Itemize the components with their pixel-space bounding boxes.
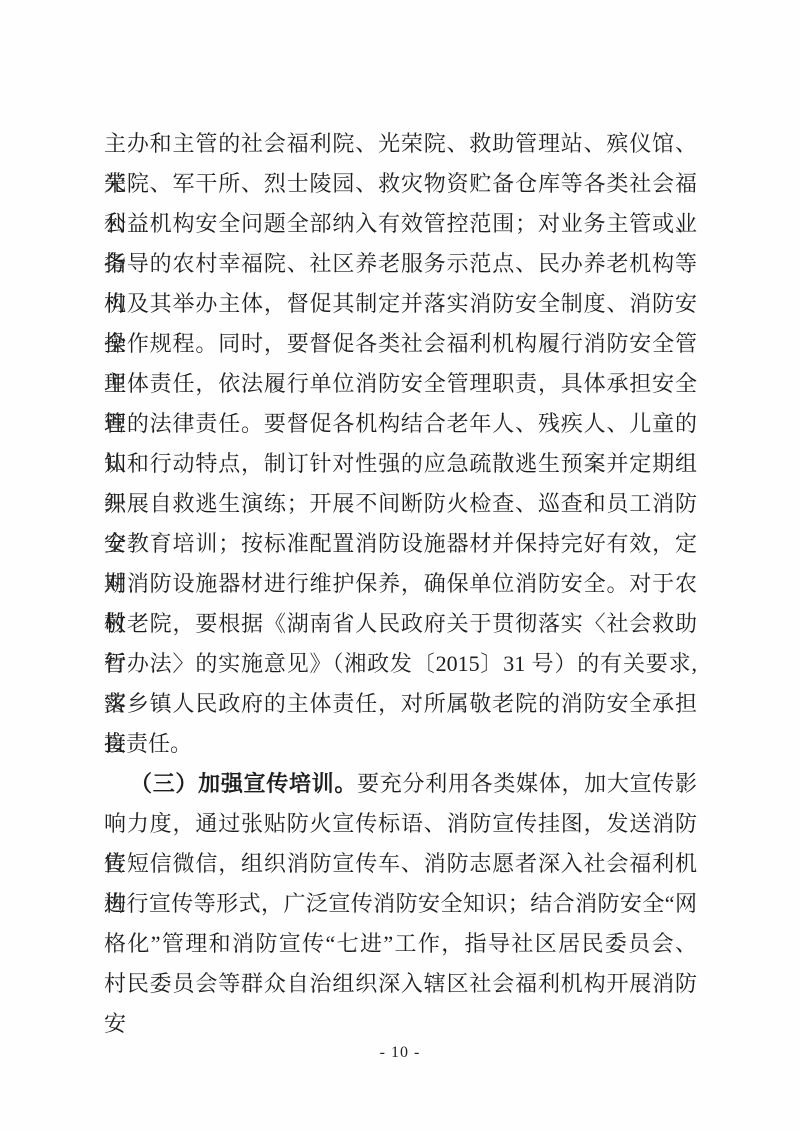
body-line: 实乡镇人民政府的主体责任，对所属敬老院的消防安全承担直	[104, 684, 697, 724]
body-line: 主办和主管的社会福利院、光荣院、救助管理站、殡仪馆、光	[104, 124, 697, 164]
body-line: 构及其举办主体，督促其制定并落实消防安全制度、消防安全	[104, 284, 697, 324]
body-line: 敬老院，要根据《湖南省人民政府关于贯彻落实〈社会救助暂	[104, 604, 697, 644]
paragraph-1: 主办和主管的社会福利院、光荣院、救助管理站、殡仪馆、光 荣院、军干所、烈士陵园、…	[104, 124, 697, 764]
document-text-block: 主办和主管的社会福利院、光荣院、救助管理站、殡仪馆、光 荣院、军干所、烈士陵园、…	[104, 124, 697, 1004]
paragraph-2: （三）加强宣传培训。要充分利用各类媒体，加大宣传影 响力度，通过张贴防火宣传标语…	[104, 764, 697, 1004]
body-line: 传短信微信，组织消防宣传车、消防志愿者深入社会福利机构	[104, 844, 697, 884]
body-line: 接责任。	[104, 724, 697, 764]
section-heading: （三）加强宣传培训。	[130, 771, 357, 796]
body-line: 操作规程。同时，要督促各类社会福利机构履行消防安全管理	[104, 324, 697, 364]
body-line-text: 要充分利用各类媒体，加大宣传影	[357, 771, 697, 796]
body-line: 全教育培训；按标准配置消防设施器材并保持完好有效，定期	[104, 524, 697, 564]
body-line: 知和行动特点，制订针对性强的应急疏散逃生预案并定期组织	[104, 444, 697, 484]
body-line: 主体责任，依法履行单位消防安全管理职责，具体承担安全管	[104, 364, 697, 404]
body-line: 村民委员会等群众自治组织深入辖区社会福利机构开展消防安	[104, 964, 697, 1004]
body-line: 行办法〉的实施意见》（湘政发〔2015〕31 号）的有关要求,落	[104, 644, 697, 684]
body-line: 对消防设施器材进行维护保养，确保单位消防安全。对于农村	[104, 564, 697, 604]
body-line: 荣院、军干所、烈士陵园、救灾物资贮备仓库等各类社会福利、	[104, 164, 697, 204]
body-line: 开展自救逃生演练；开展不间断防火检查、巡查和员工消防安	[104, 484, 697, 524]
page-number: - 10 -	[0, 1044, 800, 1062]
body-line: 格化”管理和消防宣传“七进”工作，指导社区居民委员会、	[104, 924, 697, 964]
body-line: 响力度，通过张贴防火宣传标语、消防宣传挂图，发送消防宣	[104, 804, 697, 844]
body-line: 公益机构安全问题全部纳入有效管控范围；对业务主管或业务	[104, 204, 697, 244]
body-line: 指导的农村幸福院、社区养老服务示范点、民办养老机构等机	[104, 244, 697, 284]
body-line: 理的法律责任。要督促各机构结合老年人、残疾人、儿童的认	[104, 404, 697, 444]
body-line: 进行宣传等形式，广泛宣传消防安全知识；结合消防安全“网	[104, 884, 697, 924]
document-page: 主办和主管的社会福利院、光荣院、救助管理站、殡仪馆、光 荣院、军干所、烈士陵园、…	[0, 0, 800, 1131]
body-line: （三）加强宣传培训。要充分利用各类媒体，加大宣传影	[104, 764, 697, 804]
